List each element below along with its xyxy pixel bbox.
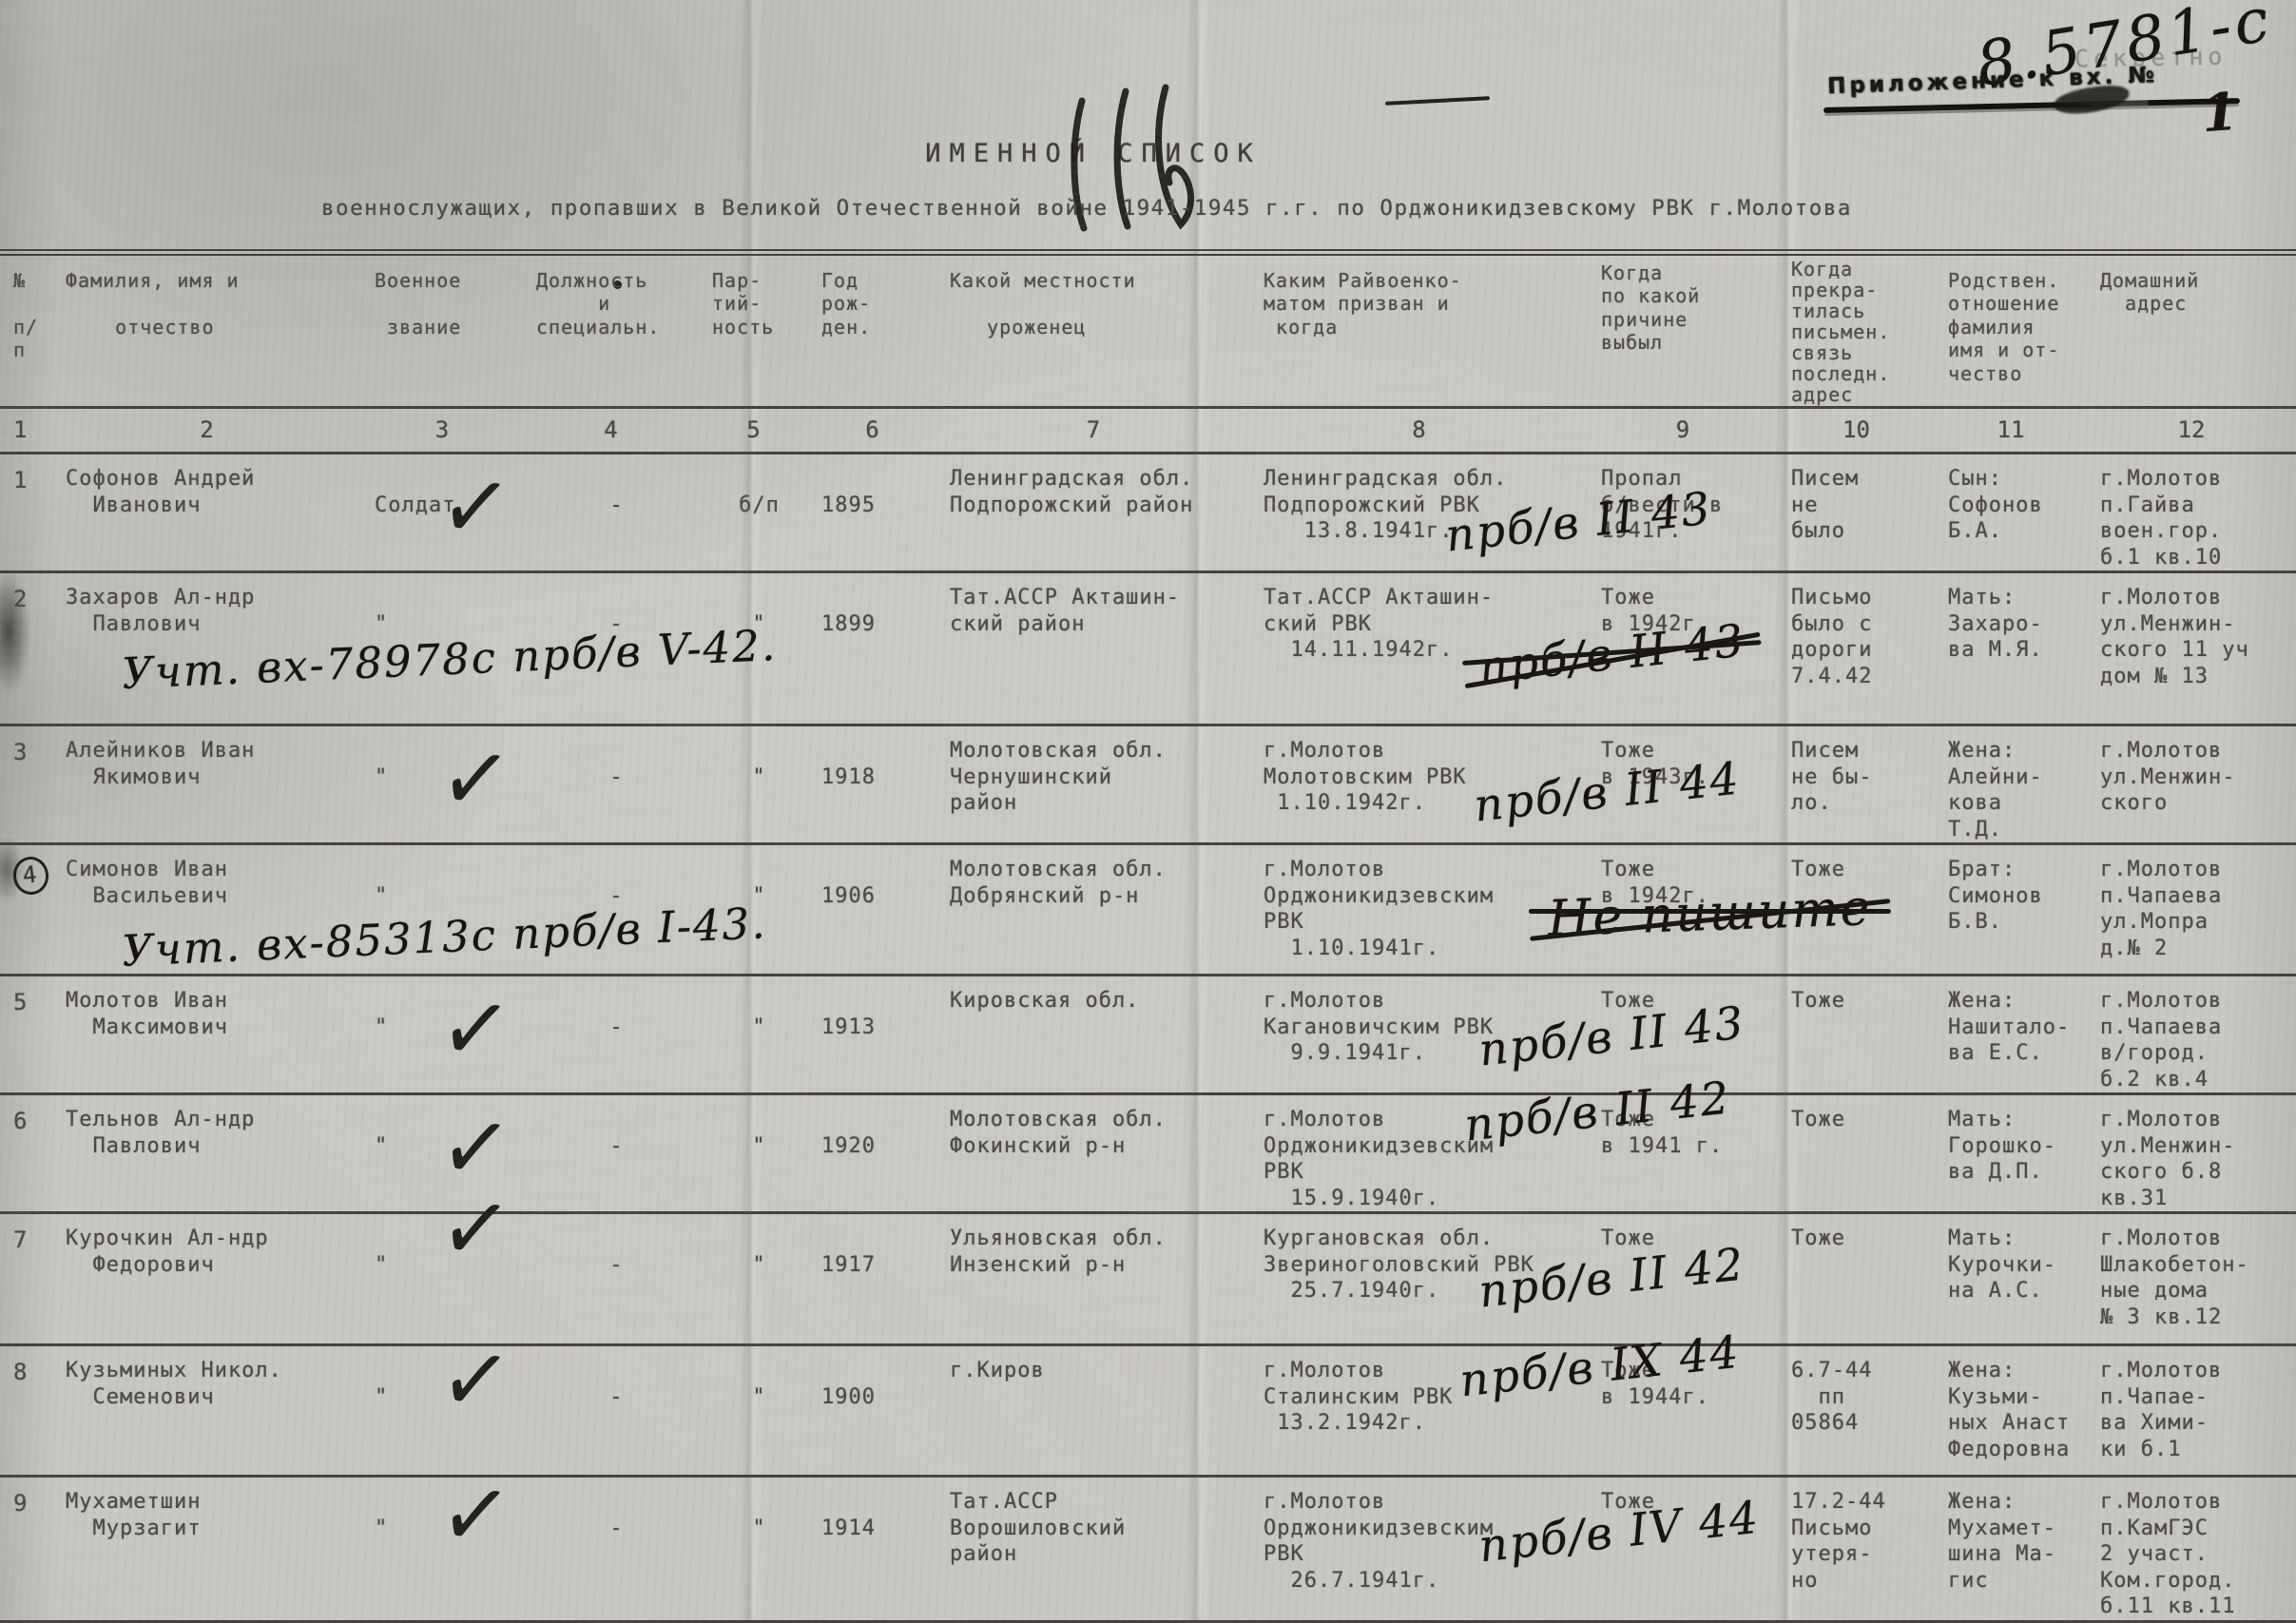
column-header: Каким Райвоенко- матом призван и когда	[1250, 256, 1588, 406]
handwritten-mark: Не пишите	[1547, 879, 1872, 948]
table-row: 6 Тельнов Ал-ндр Павлович " - " 1920 Мол…	[0, 1092, 2296, 1211]
row-number: 3	[13, 739, 28, 765]
table-header-row: № п/пФамилия, имя и отчествоВоенное зван…	[0, 249, 2296, 406]
row-number: 5	[13, 989, 28, 1015]
table-row: 5 Молотов Иван Максимович " - " 1913 Кир…	[0, 974, 2296, 1092]
cell-relative: Жена: Алейни- кова Т.Д.	[1935, 726, 2087, 842]
cell-relative: Жена: Нашитало- ва Е.С.	[1935, 976, 2087, 1092]
cell-birthplace: г.Киров	[936, 1346, 1250, 1475]
cell-full-name: Алейников Иван Якимович	[52, 726, 361, 842]
column-number-row: 123456789101112	[0, 406, 2296, 452]
table-row: 4 Симонов Иван Васильевич " - " 1906 Мол…	[0, 842, 2296, 974]
cell-relative: Брат: Симонов Б.В.	[1935, 845, 2087, 974]
cell-row-number: 2	[0, 573, 52, 724]
cell-duty-specialty: -	[523, 1478, 699, 1620]
row-number: 2	[13, 586, 28, 612]
table-row: 8 Кузьминых Никол. Семенович " - " 1900 …	[0, 1343, 2296, 1475]
cell-duty-specialty: -	[523, 1214, 699, 1343]
column-number: 2	[52, 409, 361, 452]
cell-duty-specialty: -	[523, 1095, 699, 1211]
cell-birthplace: Тат.АССР Ворошиловский район	[936, 1478, 1250, 1620]
cell-row-number: 9	[0, 1478, 52, 1620]
cell-party-membership: "	[699, 976, 808, 1092]
cell-row-number: 1	[0, 454, 52, 570]
cell-row-number: 5	[0, 976, 52, 1092]
document-subtitle: военнослужащих, пропавших в Великой Отеч…	[321, 196, 1852, 221]
row-number: 4	[11, 855, 50, 897]
column-number: 6	[808, 409, 936, 452]
table-row: 3 Алейников Иван Якимович " - " 1918 Мол…	[0, 724, 2296, 842]
column-header: Год рож- ден.	[808, 256, 936, 406]
ink-spot	[1385, 96, 1490, 106]
cell-row-number: 7	[0, 1214, 52, 1343]
cell-birth-year: 1900	[808, 1346, 936, 1475]
cell-row-number: 8	[0, 1346, 52, 1475]
page-number-handwritten: 1	[2200, 81, 2240, 144]
cell-relative: Мать: Захаро- ва М.Я.	[1935, 573, 2087, 724]
column-number: 11	[1935, 409, 2087, 452]
cell-party-membership: б/п	[699, 454, 808, 570]
cell-birth-year: 1895	[808, 454, 936, 570]
cell-full-name: Кузьминых Никол. Семенович	[52, 1346, 361, 1475]
cell-party-membership: "	[699, 726, 808, 842]
cell-full-name: Софонов Андрей Иванович	[52, 454, 361, 570]
column-number: 3	[361, 409, 523, 452]
column-number: 5	[699, 409, 808, 452]
table-row: 7 Курочкин Ал-ндр Федорович " - " 1917 У…	[0, 1211, 2296, 1343]
cell-home-address: г.Молотов п.КамГЭС 2 участ. Ком.город. б…	[2087, 1478, 2296, 1620]
cell-relative: Мать: Горошко- ва Д.П.	[1935, 1095, 2087, 1211]
cell-last-correspondence: 17.2-44 Письмо утеря- но	[1778, 1478, 1935, 1620]
cell-duty-specialty: -	[523, 726, 699, 842]
cell-birthplace: Тат.АССР Акташин- ский район	[936, 573, 1250, 724]
column-header: Когда прекра- тилась письмен. связь посл…	[1778, 256, 1935, 406]
cell-row-number: 4	[0, 845, 52, 974]
cell-home-address: г.Молотов ул.Менжин- ского	[2087, 726, 2296, 842]
cell-relative: Сын: Софонов Б.А.	[1935, 454, 2087, 570]
cell-last-correspondence: Писем не бы- ло.	[1778, 726, 1935, 842]
column-number: 9	[1588, 409, 1778, 452]
cell-home-address: г.Молотов п.Гайва воен.гор. б.1 кв.10	[2087, 454, 2296, 570]
row-number: 8	[13, 1359, 28, 1385]
cell-birth-year: 1920	[808, 1095, 936, 1211]
column-number: 10	[1778, 409, 1935, 452]
cell-birthplace: Молотовская обл. Добрянский р-н	[936, 845, 1250, 974]
column-header: Пар- тий- ность	[699, 256, 808, 406]
column-header: Должность и специальн.	[523, 256, 699, 406]
cell-birth-year: 1918	[808, 726, 936, 842]
cell-birthplace: Молотовская обл. Фокинский р-н	[936, 1095, 1250, 1211]
roster-table: № п/пФамилия, имя и отчествоВоенное зван…	[0, 249, 2296, 1623]
row-number: 6	[13, 1108, 28, 1134]
column-number: 12	[2087, 409, 2296, 452]
stamp-underline	[1823, 98, 2240, 113]
column-header: Военное звание	[361, 256, 523, 406]
column-number: 1	[0, 409, 52, 452]
cell-last-correspondence: Тоже	[1778, 1214, 1935, 1343]
cell-duty-specialty: -	[523, 1346, 699, 1475]
cell-birthplace: Молотовская обл. Чернушинский район	[936, 726, 1250, 842]
cell-last-correspondence: 6.7-44 пп 05864	[1778, 1346, 1935, 1475]
cell-birth-year: 1917	[808, 1214, 936, 1343]
cell-home-address: г.Молотов п.Чапаева в/город. б.2 кв.4	[2087, 976, 2296, 1092]
cell-party-membership: "	[699, 1478, 808, 1620]
cell-row-number: 6	[0, 1095, 52, 1211]
table-row: 2 Захаров Ал-ндр Павлович " - " 1899 Тат…	[0, 570, 2296, 724]
cell-last-correspondence: Тоже	[1778, 1095, 1935, 1211]
cell-birthplace: Ульяновская обл. Инзенский р-н	[936, 1214, 1250, 1343]
cell-duty-specialty: -	[523, 976, 699, 1092]
column-header: Когда по какой причине выбыл	[1588, 256, 1778, 406]
row-number: 9	[13, 1490, 28, 1517]
column-header: Фамилия, имя и отчество	[52, 256, 361, 406]
table-body: 1 Софонов Андрей Иванович Солдат - б/п 1…	[0, 452, 2296, 1623]
cell-relative: Жена: Мухамет- шина Ма- гис	[1935, 1478, 2087, 1620]
cell-full-name: Мухаметшин Мурзагит	[52, 1478, 361, 1620]
cell-home-address: г.Молотов Шлакобетон- ные дома № 3 кв.12	[2087, 1214, 2296, 1343]
cell-full-name: Тельнов Ал-ндр Павлович	[52, 1095, 361, 1211]
row-number: 7	[13, 1227, 28, 1253]
cell-birthplace: Кировская обл.	[936, 976, 1250, 1092]
column-number: 4	[523, 409, 699, 452]
cell-full-name: Молотов Иван Максимович	[52, 976, 361, 1092]
cell-home-address: г.Молотов п.Чапаева ул.Мопра д.№ 2	[2087, 845, 2296, 974]
cell-birth-year: 1913	[808, 976, 936, 1092]
column-header: № п/п	[0, 256, 52, 406]
cell-home-address: г.Молотов п.Чапае- ва Хими- ки б.1	[2087, 1346, 2296, 1475]
scanned-document: Секретно 8.5781-с Приложение к вх. № 1 И…	[0, 0, 2296, 1623]
cell-last-correspondence: Тоже	[1778, 976, 1935, 1092]
column-header: Родствен. отношение фамилия имя и от- че…	[1935, 256, 2087, 406]
table-row: 9 Мухаметшин Мурзагит " - " 1914 Тат.АСС…	[0, 1475, 2296, 1623]
cell-home-address: г.Молотов ул.Менжин- ского 11 уч дом № 1…	[2087, 573, 2296, 724]
cell-birth-year: 1914	[808, 1478, 936, 1620]
cell-row-number: 3	[0, 726, 52, 842]
cell-relative: Мать: Курочки- на А.С.	[1935, 1214, 2087, 1343]
column-number: 8	[1250, 409, 1588, 452]
cell-relative: Жена: Кузьми- ных Анаст Федоровна	[1935, 1346, 2087, 1475]
cell-full-name: Курочкин Ал-ндр Федорович	[52, 1214, 361, 1343]
cell-birth-year: 1899	[808, 573, 936, 724]
cell-party-membership: "	[699, 1346, 808, 1475]
column-header: Домашний адрес	[2087, 256, 2296, 406]
document-title: ИМЕННОЙ СПИСОК	[0, 139, 2187, 168]
cell-last-correspondence: Писем не было	[1778, 454, 1935, 570]
column-number: 7	[936, 409, 1250, 452]
cell-birthplace: Ленинградская обл. Подпорожский район	[936, 454, 1250, 570]
cell-last-correspondence: Письмо было с дороги 7.4.42	[1778, 573, 1935, 724]
cell-birth-year: 1906	[808, 845, 936, 974]
cell-party-membership: "	[699, 1095, 808, 1211]
cell-party-membership: "	[699, 1214, 808, 1343]
cell-home-address: г.Молотов ул.Менжин- ского б.8 кв.31	[2087, 1095, 2296, 1211]
table-row: 1 Софонов Андрей Иванович Солдат - б/п 1…	[0, 452, 2296, 570]
column-header: Какой местности уроженец	[936, 256, 1250, 406]
row-number: 1	[13, 467, 28, 493]
cell-duty-specialty: -	[523, 454, 699, 570]
